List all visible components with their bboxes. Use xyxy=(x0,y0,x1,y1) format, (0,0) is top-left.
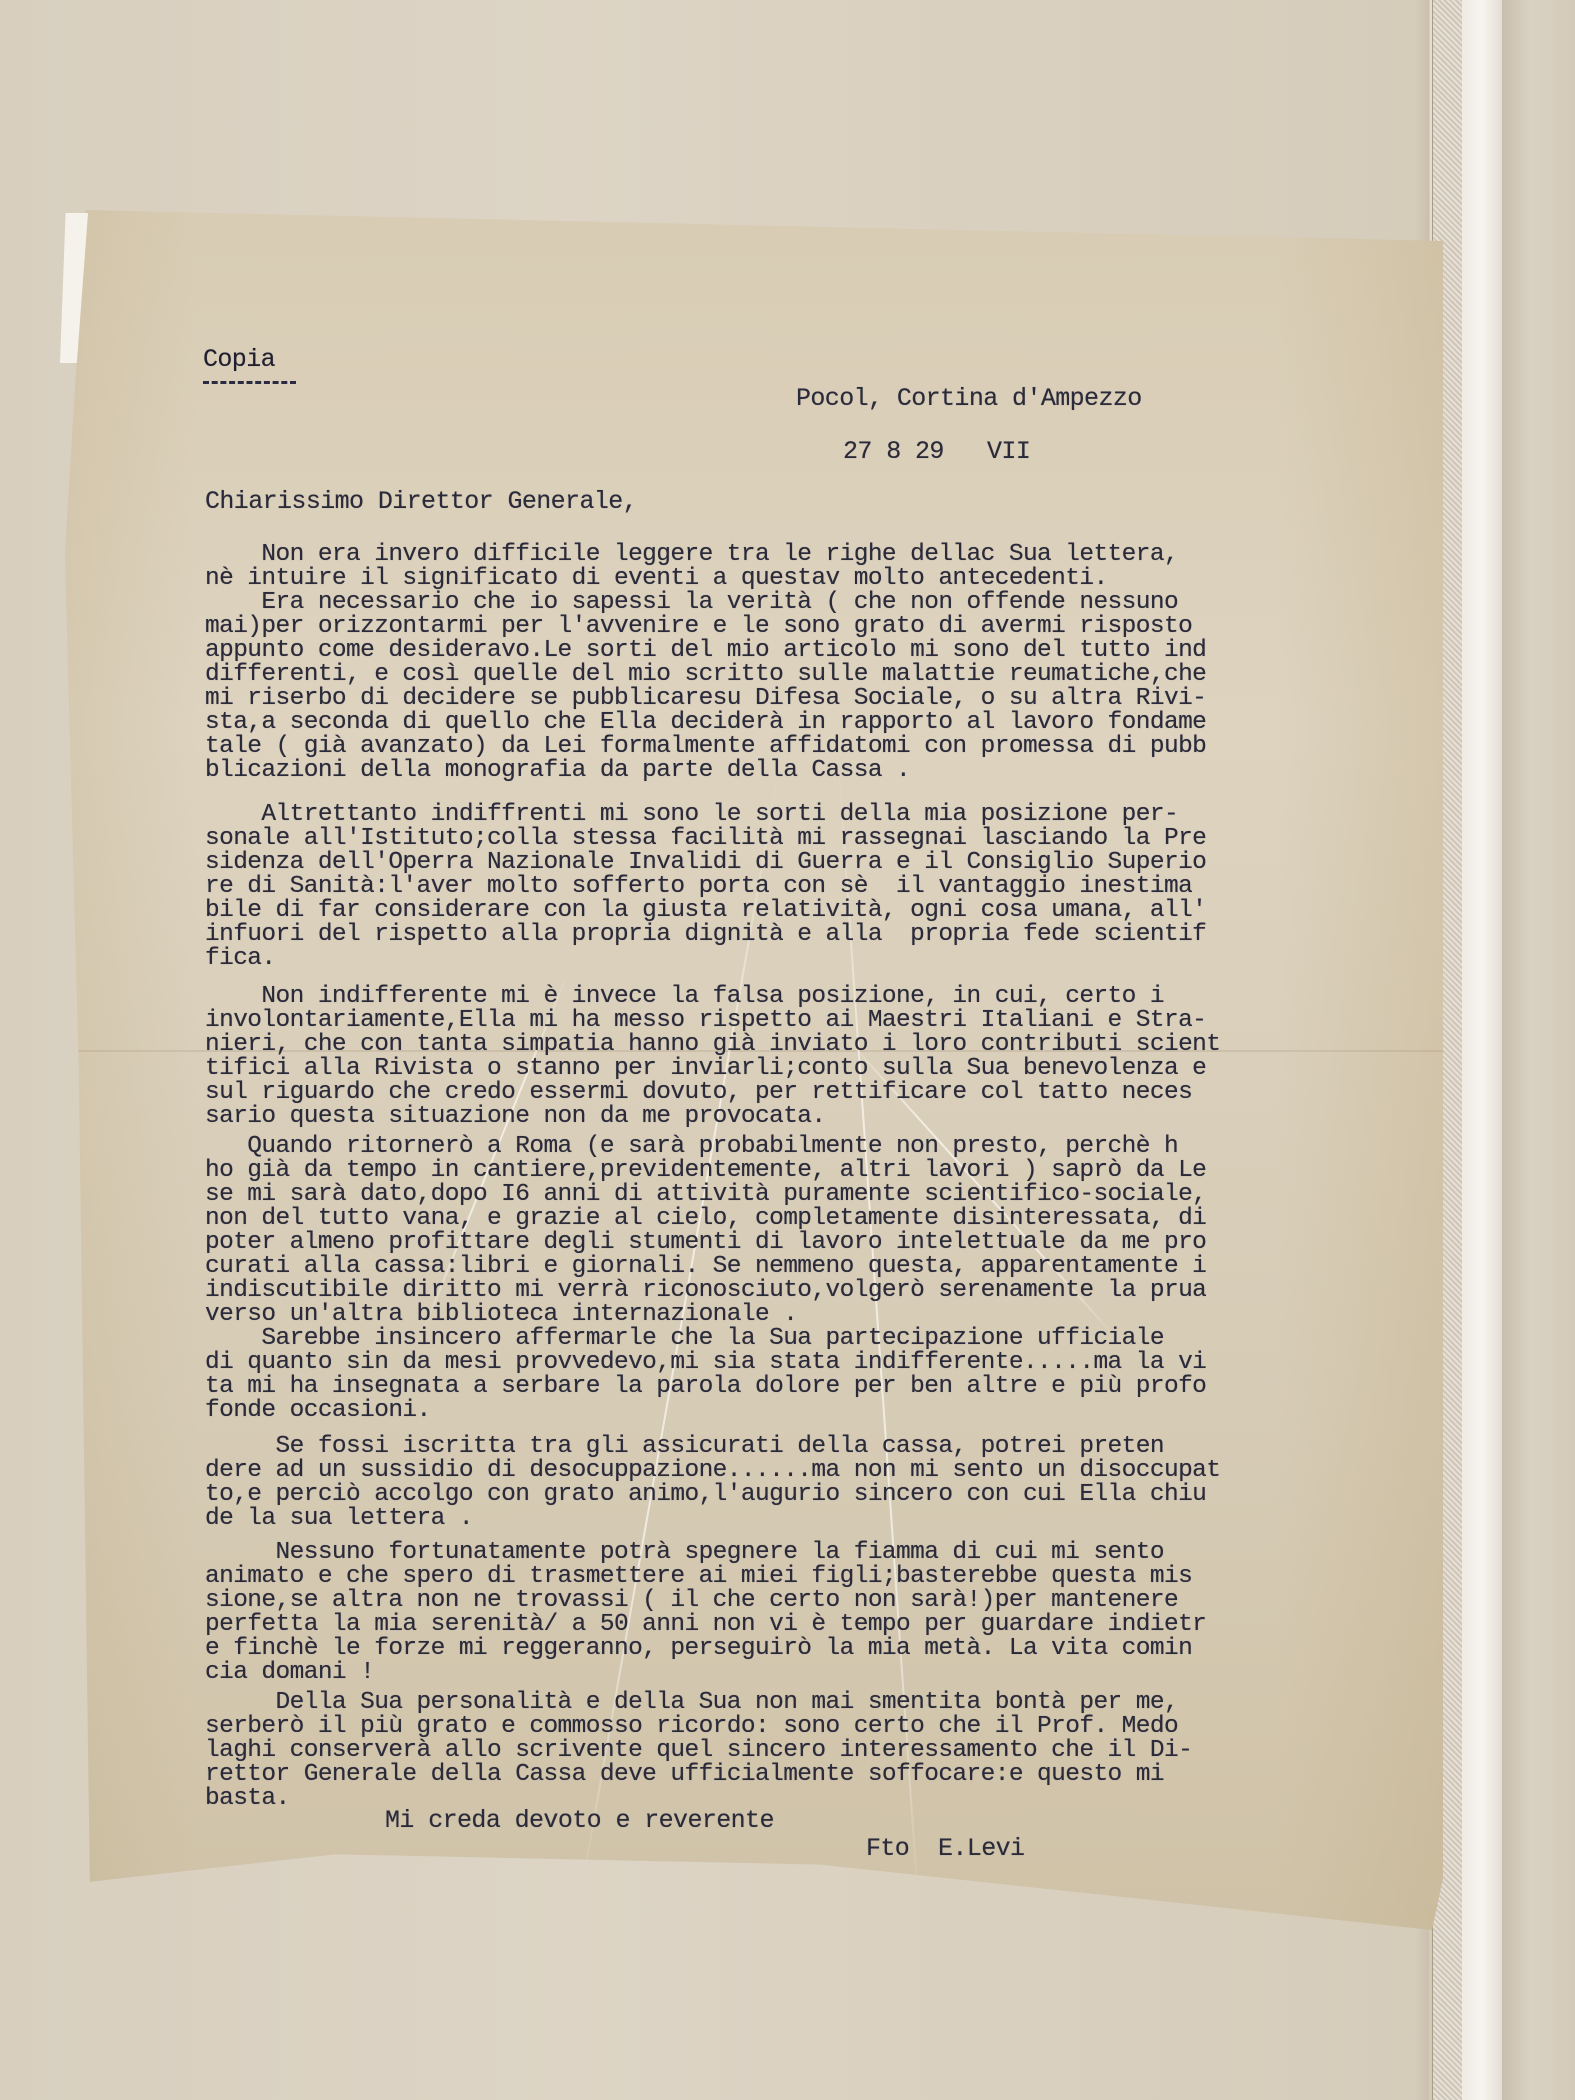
document-photo: Copia Pocol, Cortina d'Ampezzo 27 8 29 V… xyxy=(0,0,1575,2100)
folder-edge xyxy=(1502,0,1575,2100)
body-line: infuori del rispetto alla propria dignit… xyxy=(205,922,1206,948)
body-line: blicazioni della monografia da parte del… xyxy=(205,758,910,784)
letter-date: 27 8 29 VII xyxy=(843,439,1030,465)
copy-label: Copia xyxy=(203,347,275,373)
body-line: cia domani ! xyxy=(205,1660,374,1686)
letter-salutation: Chiarissimo Direttor Generale, xyxy=(205,489,637,515)
body-line: fonde occasioni. xyxy=(205,1398,431,1424)
copy-label-underline xyxy=(203,381,296,384)
letter-place: Pocol, Cortina d'Ampezzo xyxy=(796,386,1142,412)
letter-closing: Mi creda devoto e reverente xyxy=(385,1808,774,1834)
letter-signature: Fto E.Levi xyxy=(866,1836,1024,1862)
folder-spine xyxy=(1462,0,1502,2100)
body-line: basta. xyxy=(205,1786,290,1812)
body-line: de la sua lettera . xyxy=(205,1506,473,1532)
body-line: sario questa situazione non da me provoc… xyxy=(205,1104,826,1130)
body-line: rettor Generale della Cassa deve ufficia… xyxy=(205,1762,1164,1788)
body-line: fica. xyxy=(205,946,276,972)
